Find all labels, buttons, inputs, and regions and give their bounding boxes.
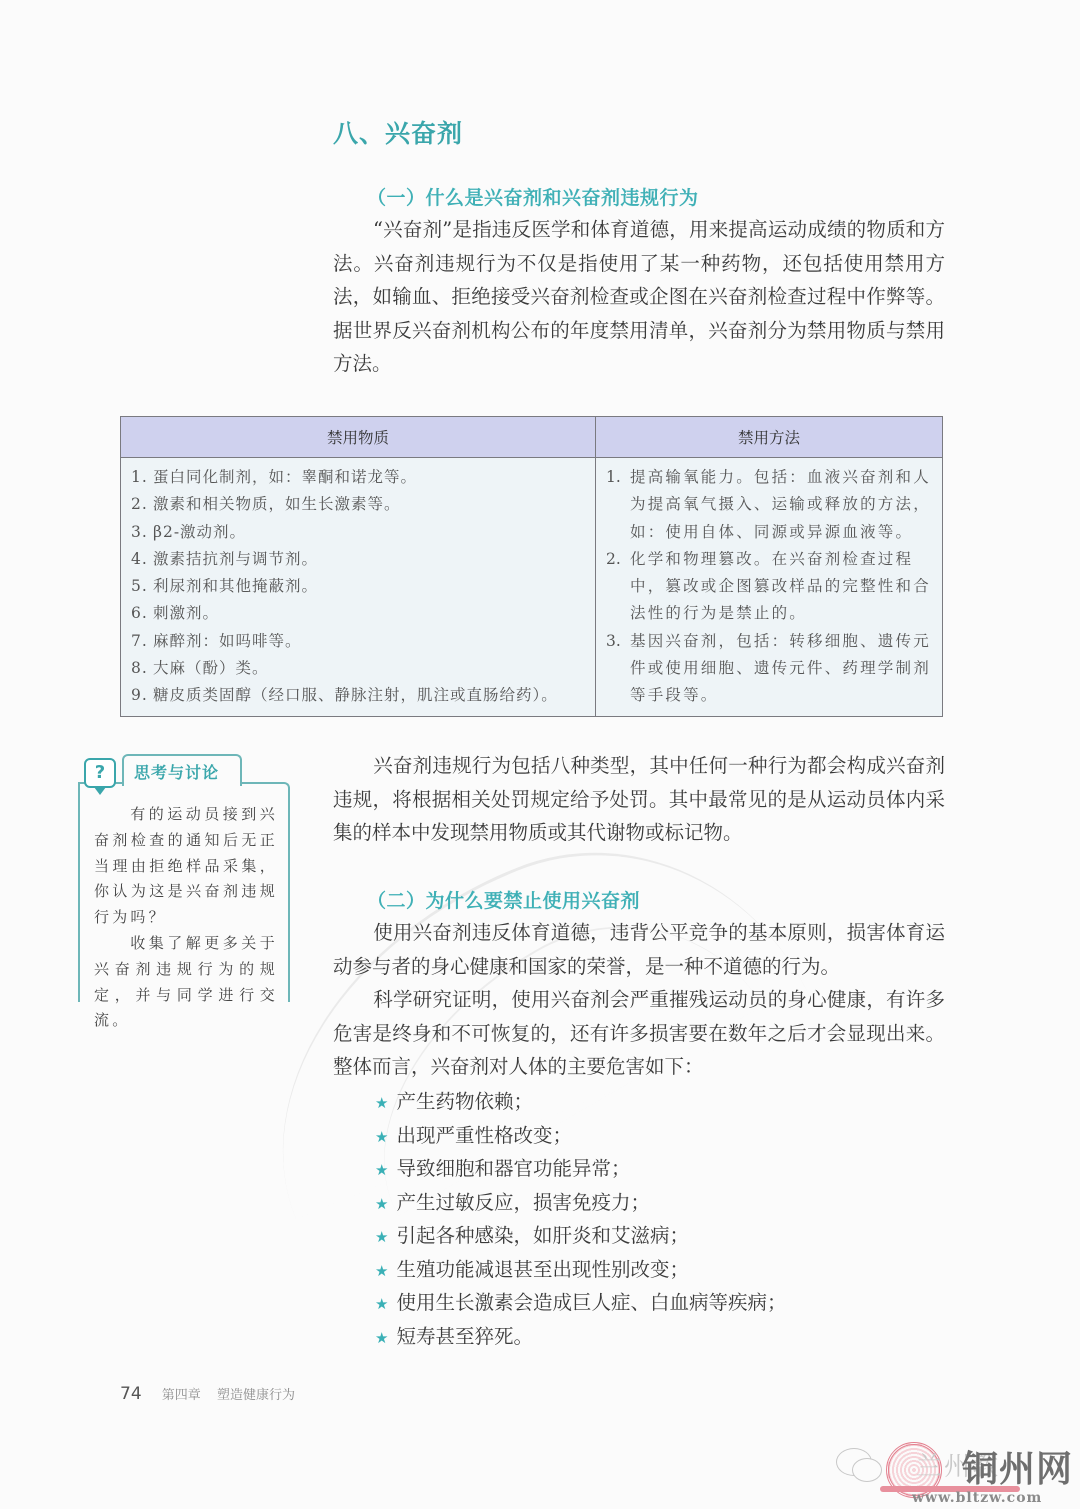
star-bullet-icon: ★ xyxy=(375,1094,388,1112)
table-header-methods: 禁用方法 xyxy=(596,417,943,458)
list-item: 5.利尿剂和其他掩蔽剂。 xyxy=(131,573,585,600)
sidebar-paragraph-2: 收集了解更多关于兴奋剂违规行为的规定，并与同学进行交流。 xyxy=(94,931,278,1034)
table-header-substances: 禁用物质 xyxy=(121,417,596,458)
harms-list: ★产生药物依赖； ★出现严重性格改变； ★导致细胞和器官功能异常； ★产生过敏反… xyxy=(375,1085,786,1353)
section-heading-2: （二）为什么要禁止使用兴奋剂 xyxy=(367,886,640,913)
list-item: 3.β2-激动剂。 xyxy=(131,519,585,546)
think-and-discuss-box: ? 思考与讨论 有的运动员接到兴奋剂检查的通知后无正当理由拒绝样品采集，你认为这… xyxy=(78,752,288,1000)
sidebar-title: 思考与讨论 xyxy=(134,760,219,783)
star-bullet-icon: ★ xyxy=(375,1195,388,1213)
sidebar-paragraph-1: 有的运动员接到兴奋剂检查的通知后无正当理由拒绝样品采集，你认为这是兴奋剂违规行为… xyxy=(94,802,278,931)
section-heading-1: （一）什么是兴奋剂和兴奋剂违规行为 xyxy=(367,183,699,210)
wechat-icon xyxy=(852,1458,882,1482)
star-bullet-icon: ★ xyxy=(375,1161,388,1179)
section1-paragraph: “兴奋剂”是指违反医学和体育道德，用来提高运动成绩的物质和方法。兴奋剂违规行为不… xyxy=(333,213,945,381)
list-item: 3.基因兴奋剂，包括：转移细胞、遗传元件或使用细胞、遗传元件、药理学制剂等手段等… xyxy=(606,628,932,710)
violations-paragraph: 兴奋剂违规行为包括八种类型，其中任何一种行为都会构成兴奋剂违规，将根据相关处罚规… xyxy=(333,749,945,850)
list-item: 2.激素和相关物质，如生长激素等。 xyxy=(131,491,585,518)
sidebar-body: 有的运动员接到兴奋剂检查的通知后无正当理由拒绝样品采集，你认为这是兴奋剂违规行为… xyxy=(94,802,278,1034)
footer-chapter-name: 塑造健康行为 xyxy=(217,1388,295,1403)
list-item: 2.化学和物理篡改。在兴奋剂检查过程中，篡改或企图篡改样品的完整性和合法性的行为… xyxy=(606,546,932,628)
list-item: ★使用生长激素会造成巨人症、白血病等疾病； xyxy=(375,1286,786,1320)
banned-list-table: 禁用物质 禁用方法 1.蛋白同化制剂，如：睾酮和诺龙等。 2.激素和相关物质，如… xyxy=(120,416,943,717)
list-item: 9.糖皮质类固醇（经口服、静脉注射，肌注或直肠给药）。 xyxy=(131,682,585,709)
site-watermark: 兰州教 铜州网 www.bltzw.com xyxy=(830,1440,1080,1509)
list-item: ★引起各种感染，如肝炎和艾滋病； xyxy=(375,1219,786,1253)
list-item: ★短寿甚至猝死。 xyxy=(375,1320,786,1354)
star-bullet-icon: ★ xyxy=(375,1295,388,1313)
page-number: 74 xyxy=(120,1384,142,1404)
footer-chapter: 第四章 xyxy=(162,1388,201,1403)
list-item: ★产生过敏反应，损害免疫力； xyxy=(375,1186,786,1220)
star-bullet-icon: ★ xyxy=(375,1262,388,1280)
section2-paragraph-1: 使用兴奋剂违反体育道德，违背公平竞争的基本原则，损害体育运动参与者的身心健康和国… xyxy=(333,916,945,983)
substances-cell: 1.蛋白同化制剂，如：睾酮和诺龙等。 2.激素和相关物质，如生长激素等。 3.β… xyxy=(121,458,596,717)
star-bullet-icon: ★ xyxy=(375,1128,388,1146)
list-item: ★出现严重性格改变； xyxy=(375,1119,786,1153)
star-bullet-icon: ★ xyxy=(375,1228,388,1246)
list-item: 6.刺激剂。 xyxy=(131,600,585,627)
list-item: 1.蛋白同化制剂，如：睾酮和诺龙等。 xyxy=(131,464,585,491)
list-item: ★导致细胞和器官功能异常； xyxy=(375,1152,786,1186)
star-bullet-icon: ★ xyxy=(375,1329,388,1347)
list-item: 8.大麻（酚）类。 xyxy=(131,655,585,682)
watermark-site-name: 铜州网 xyxy=(962,1441,1073,1492)
list-item: 7.麻醉剂：如吗啡等。 xyxy=(131,628,585,655)
list-item: ★生殖功能减退甚至出现性别改变； xyxy=(375,1253,786,1287)
watermark-url: www.bltzw.com xyxy=(912,1490,1042,1506)
chapter-title: 八、兴奋剂 xyxy=(333,114,463,150)
page-footer: 74 第四章 塑造健康行为 xyxy=(120,1384,295,1404)
list-item: ★产生药物依赖； xyxy=(375,1085,786,1119)
section2-paragraph-2: 科学研究证明，使用兴奋剂会严重摧残运动员的身心健康，有许多危害是终身和不可恢复的… xyxy=(333,983,945,1084)
question-bubble-icon: ? xyxy=(84,758,116,788)
list-item: 1.提高输氧能力。包括：血液兴奋剂和人为提高氧气摄入、运输或释放的方法，如：使用… xyxy=(606,464,932,546)
list-item: 4.激素拮抗剂与调节剂。 xyxy=(131,546,585,573)
methods-cell: 1.提高输氧能力。包括：血液兴奋剂和人为提高氧气摄入、运输或释放的方法，如：使用… xyxy=(596,458,943,717)
